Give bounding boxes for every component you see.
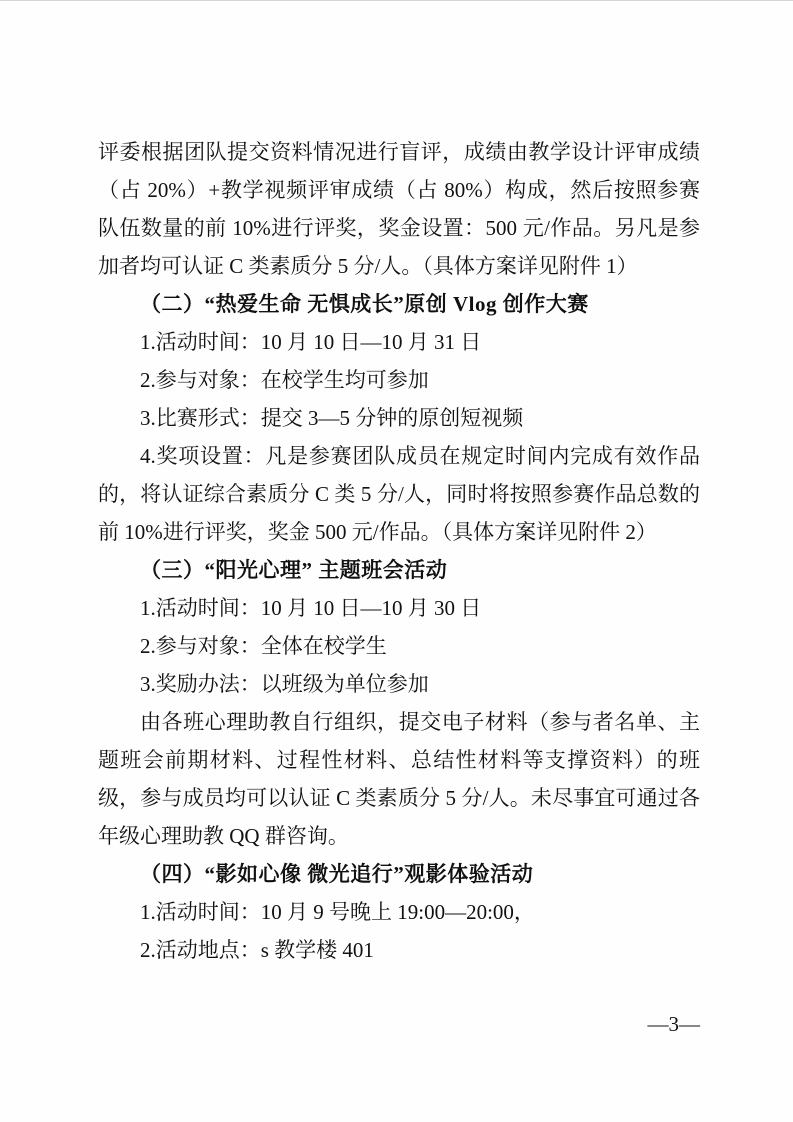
section-2-item-time: 1.活动时间：10 月 10 日—10 月 31 日 [98,323,700,361]
section-3-item-time: 1.活动时间：10 月 10 日—10 月 30 日 [98,589,700,627]
section-3-item-rewards: 3.奖励办法：以班级为单位参加 [98,665,700,703]
page-number: —3— [0,1009,700,1039]
section-4-item-time: 1.活动时间：10 月 9 号晚上 19:00—20:00， [98,893,700,931]
document-body: 评委根据团队提交资料情况进行盲评，成绩由教学设计评审成绩（占 20%）+教学视频… [98,133,700,969]
section-3-paragraph: 由各班心理助教自行组织，提交电子材料（参与者名单、主题班会前期材料、过程性材料、… [98,703,700,855]
intro-paragraph: 评委根据团队提交资料情况进行盲评，成绩由教学设计评审成绩（占 20%）+教学视频… [98,133,700,285]
section-heading-2: （二）“热爱生命 无惧成长”原创 Vlog 创作大赛 [98,285,700,323]
document-page: 评委根据团队提交资料情况进行盲评，成绩由教学设计评审成绩（占 20%）+教学视频… [0,0,793,1122]
section-2-item-participants: 2.参与对象：在校学生均可参加 [98,361,700,399]
section-2-item-format: 3.比赛形式：提交 3—5 分钟的原创短视频 [98,399,700,437]
section-4-item-location: 2.活动地点：s 教学楼 401 [98,931,700,969]
section-2-item-awards: 4.奖项设置：凡是参赛团队成员在规定时间内完成有效作品的，将认证综合素质分 C … [98,437,700,551]
section-heading-4: （四）“影如心像 微光追行”观影体验活动 [98,855,700,893]
section-heading-3: （三）“阳光心理” 主题班会活动 [98,551,700,589]
section-3-item-participants: 2.参与对象：全体在校学生 [98,627,700,665]
